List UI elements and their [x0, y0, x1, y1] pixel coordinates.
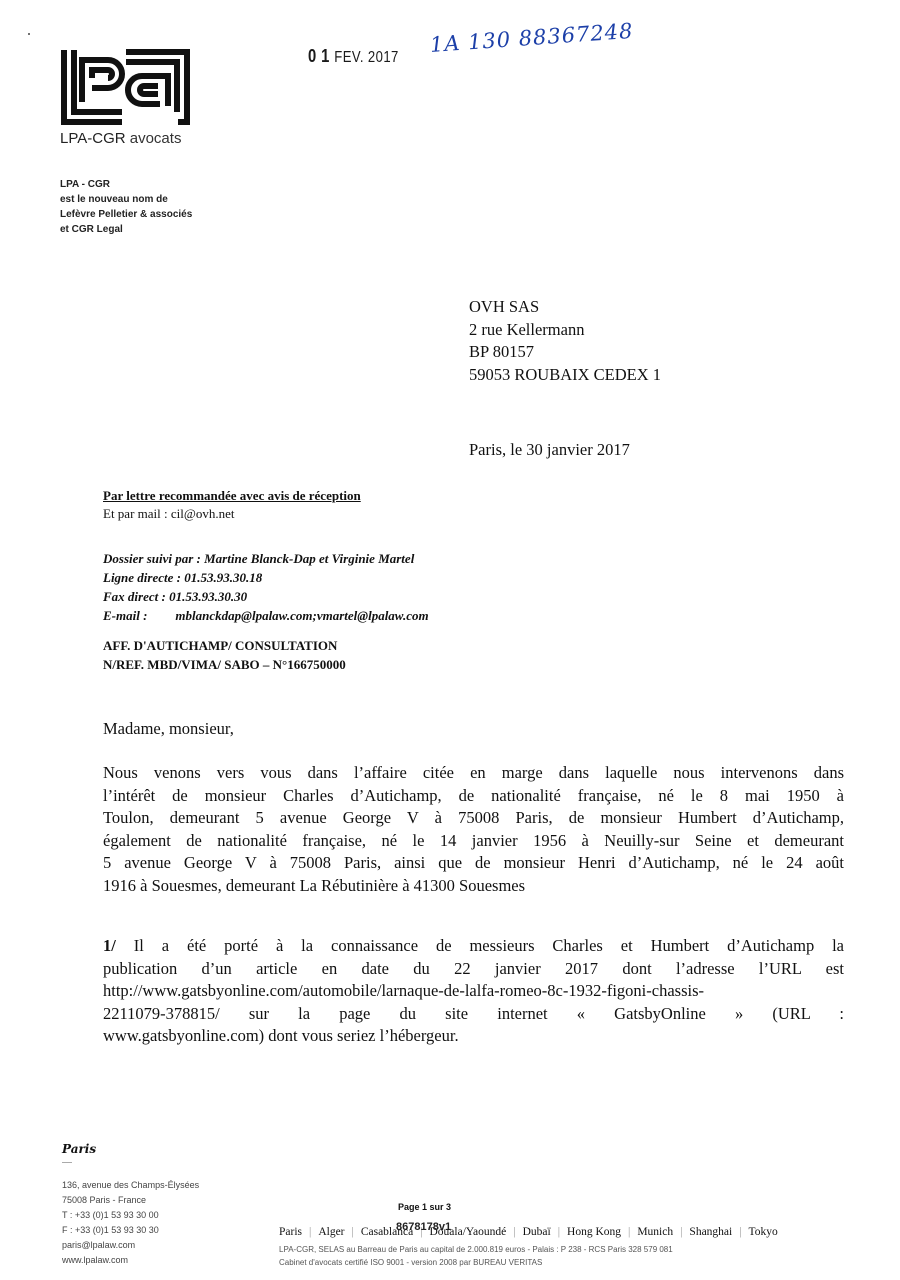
separator: | — [558, 1226, 560, 1238]
scan-speck — [28, 33, 30, 35]
received-date-stamp: 0 1 FEV. 2017 — [308, 46, 399, 67]
address-line: 2 rue Kellermann — [469, 319, 661, 342]
certification-mention: Cabinet d'avocats certifié ISO 9001 - ve… — [279, 1258, 542, 1267]
office-address: 136, avenue des Champs-Élysées — [62, 1178, 199, 1193]
city: Munich — [637, 1226, 673, 1238]
direct-line: Ligne directe : 01.53.93.30.18 — [103, 568, 429, 587]
delivery-method-text: Par lettre recommandée avec avis de réce… — [103, 487, 361, 505]
paragraph-line: publication d’un article en date du 22 j… — [103, 958, 844, 981]
email-label: E-mail : — [103, 608, 147, 623]
section-number: 1/ — [103, 936, 116, 955]
firm-name: LPA-CGR avocats — [60, 130, 181, 147]
body-paragraph-1: Nous venons vers vous dans l’affaire cit… — [103, 762, 844, 897]
email-value: mblanckdap@lpalaw.com;vmartel@lpalaw.com — [175, 606, 428, 625]
paragraph-line: Toulon, demeurant 5 avenue George V à 75… — [103, 807, 844, 830]
delivery-email: Et par mail : cil@ovh.net — [103, 505, 361, 523]
office-divider — [62, 1162, 72, 1163]
legal-mention: LPA-CGR, SELAS au Barreau de Paris au ca… — [279, 1245, 673, 1254]
city: Hong Kong — [567, 1226, 621, 1238]
recipient-address: OVH SAS 2 rue Kellermann BP 80157 59053 … — [469, 296, 661, 386]
separator: | — [352, 1226, 354, 1238]
separator: | — [309, 1226, 311, 1238]
office-cities: Paris|Alger|Casablanca|Douala/Yaoundé|Du… — [279, 1226, 778, 1238]
city: Alger — [318, 1226, 344, 1238]
firm-name-text: LPA-CGR — [60, 130, 126, 147]
paragraph-line: http://www.gatsbyonline.com/automobile/l… — [103, 980, 844, 1003]
body-paragraph-2: 1/ Il a été porté à la connaissance de m… — [103, 935, 844, 1048]
office-city: 75008 Paris - France — [62, 1193, 199, 1208]
paragraph-line: 1916 à Souesmes, demeurant La Rébutinièr… — [103, 875, 844, 898]
separator: | — [513, 1226, 515, 1238]
address-line: BP 80157 — [469, 341, 661, 364]
lpa-logo-icon — [60, 48, 190, 125]
separator: | — [628, 1226, 630, 1238]
stamp-day: 0 1 — [308, 46, 330, 66]
city: Dubaï — [523, 1226, 551, 1238]
handwritten-reference: 1A 130 88367248 — [429, 19, 634, 57]
office-fax: F : +33 (0)1 53 93 30 30 — [62, 1223, 199, 1238]
contact-block: Dossier suivi par : Martine Blanck-Dap e… — [103, 549, 429, 625]
note-line: LPA - CGR — [60, 177, 192, 192]
address-line: 59053 ROUBAIX CEDEX 1 — [469, 364, 661, 387]
city: Shanghai — [689, 1226, 732, 1238]
firm-rename-note: LPA - CGR est le nouveau nom de Lefèvre … — [60, 177, 192, 237]
case-references: AFF. D'AUTICHAMP/ CONSULTATION N/REF. MB… — [103, 636, 346, 674]
delivery-method: Par lettre recommandée avec avis de réce… — [103, 487, 361, 523]
office-details: 136, avenue des Champs-Élysées 75008 Par… — [62, 1178, 199, 1268]
office-name: Paris — [62, 1142, 96, 1156]
address-line: OVH SAS — [469, 296, 661, 319]
direct-fax: Fax direct : 01.53.93.30.30 — [103, 587, 429, 606]
firm-suffix: avocats — [130, 130, 182, 147]
document-id: 8678178v1 — [396, 1221, 451, 1233]
paragraph-line: Nous venons vers vous dans l’affaire cit… — [103, 762, 844, 785]
handled-by: Dossier suivi par : Martine Blanck-Dap e… — [103, 549, 429, 568]
office-phone: T : +33 (0)1 53 93 30 00 — [62, 1208, 199, 1223]
paragraph-line: 1/ Il a été porté à la connaissance de m… — [103, 935, 844, 958]
affair-reference: AFF. D'AUTICHAMP/ CONSULTATION — [103, 636, 346, 655]
office-email: paris@lpalaw.com — [62, 1238, 199, 1253]
note-line: Lefèvre Pelletier & associés — [60, 207, 192, 222]
paragraph-line: 2211079-378815/ sur la page du site inte… — [103, 1003, 844, 1026]
place-and-date: Paris, le 30 janvier 2017 — [469, 440, 630, 460]
paragraph-line: 5 avenue George V à 75008 Paris, ainsi q… — [103, 852, 844, 875]
salutation: Madame, monsieur, — [103, 719, 234, 739]
paragraph-text: Il a été porté à la connaissance de mess… — [134, 936, 844, 955]
page-number: Page 1 sur 3 — [398, 1202, 451, 1212]
note-line: est le nouveau nom de — [60, 192, 192, 207]
city: Tokyo — [749, 1226, 778, 1238]
office-website: www.lpalaw.com — [62, 1253, 199, 1268]
separator: | — [680, 1226, 682, 1238]
city: Paris — [279, 1226, 302, 1238]
separator: | — [739, 1226, 741, 1238]
note-line: et CGR Legal — [60, 222, 192, 237]
paragraph-line: l’intérêt de monsieur Charles d’Auticham… — [103, 785, 844, 808]
contact-email: E-mail :mblanckdap@lpalaw.com;vmartel@lp… — [103, 606, 429, 625]
paragraph-line: www.gatsbyonline.com) dont vous seriez l… — [103, 1025, 844, 1048]
stamp-month-year: FEV. 2017 — [334, 49, 398, 66]
paragraph-line: également de nationalité française, né l… — [103, 830, 844, 853]
file-reference: N/REF. MBD/VIMA/ SABO – N°166750000 — [103, 655, 346, 674]
